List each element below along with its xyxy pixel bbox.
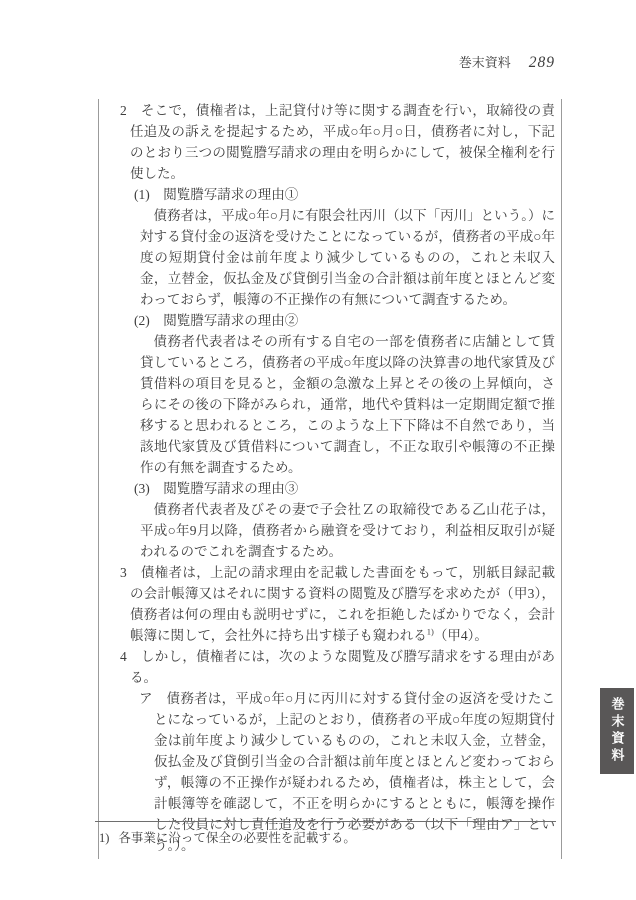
footnote-marker: 1) xyxy=(99,829,109,848)
reason-3-label: (3) 閲覧謄写請求の理由③ xyxy=(120,478,555,499)
page-header: 巻末資料 289 xyxy=(459,52,555,72)
section-tab-label: 巻末資料 xyxy=(608,697,627,765)
footnote: 1) 各事業に沿って保全の必要性を記載する。 xyxy=(99,829,356,848)
footnote-divider xyxy=(95,821,556,822)
reason-2-label: (2) 閲覧謄写請求の理由② xyxy=(120,310,555,331)
page-number: 289 xyxy=(529,54,555,72)
paragraph-item-3: 3 債権者は，上記の請求理由を記載した書面をもって，別紙目録記載の会計帳簿又はそ… xyxy=(120,562,555,646)
paragraph-item-3-text: 3 債権者は，上記の請求理由を記載した書面をもって，別紙目録記載の会計帳簿又はそ… xyxy=(120,565,555,643)
running-head-section-label: 巻末資料 xyxy=(459,52,511,71)
section-tab: 巻末資料 xyxy=(600,688,634,774)
footnote-reference: 1) xyxy=(427,627,434,637)
paragraph-item-2: 2 そこで，債権者は，上記貸付け等に関する調査を行い，取締役の責任追及の訴えを提… xyxy=(120,100,555,184)
reason-2-body: 債務者代表者はその所有する自宅の一部を債務者に店舗として賃貸しているところ，債務… xyxy=(120,331,555,478)
document-body: 2 そこで，債権者は，上記貸付け等に関する調査を行い，取締役の責任追及の訴えを提… xyxy=(98,99,562,859)
reason-1-label: (1) 閲覧謄写請求の理由① xyxy=(120,184,555,205)
paragraph-item-3-tail: （甲4）。 xyxy=(434,628,488,643)
book-page: { "page_header": { "section_label": "巻末資… xyxy=(0,0,636,900)
reason-1-body: 債務者は，平成○年○月に有限会社丙川（以下「丙川」という。）に対する貸付金の返済… xyxy=(120,205,555,310)
paragraph-item-4: 4 しかし，債権者には，次のような閲覧及び謄写請求をする理由がある。 xyxy=(120,646,555,688)
footnote-text: 各事業に沿って保全の必要性を記載する。 xyxy=(118,829,356,848)
reason-3-body: 債務者代表者及びその妻で子会社Ｚの取締役である乙山花子は，平成○年9月以降，債務… xyxy=(120,499,555,562)
